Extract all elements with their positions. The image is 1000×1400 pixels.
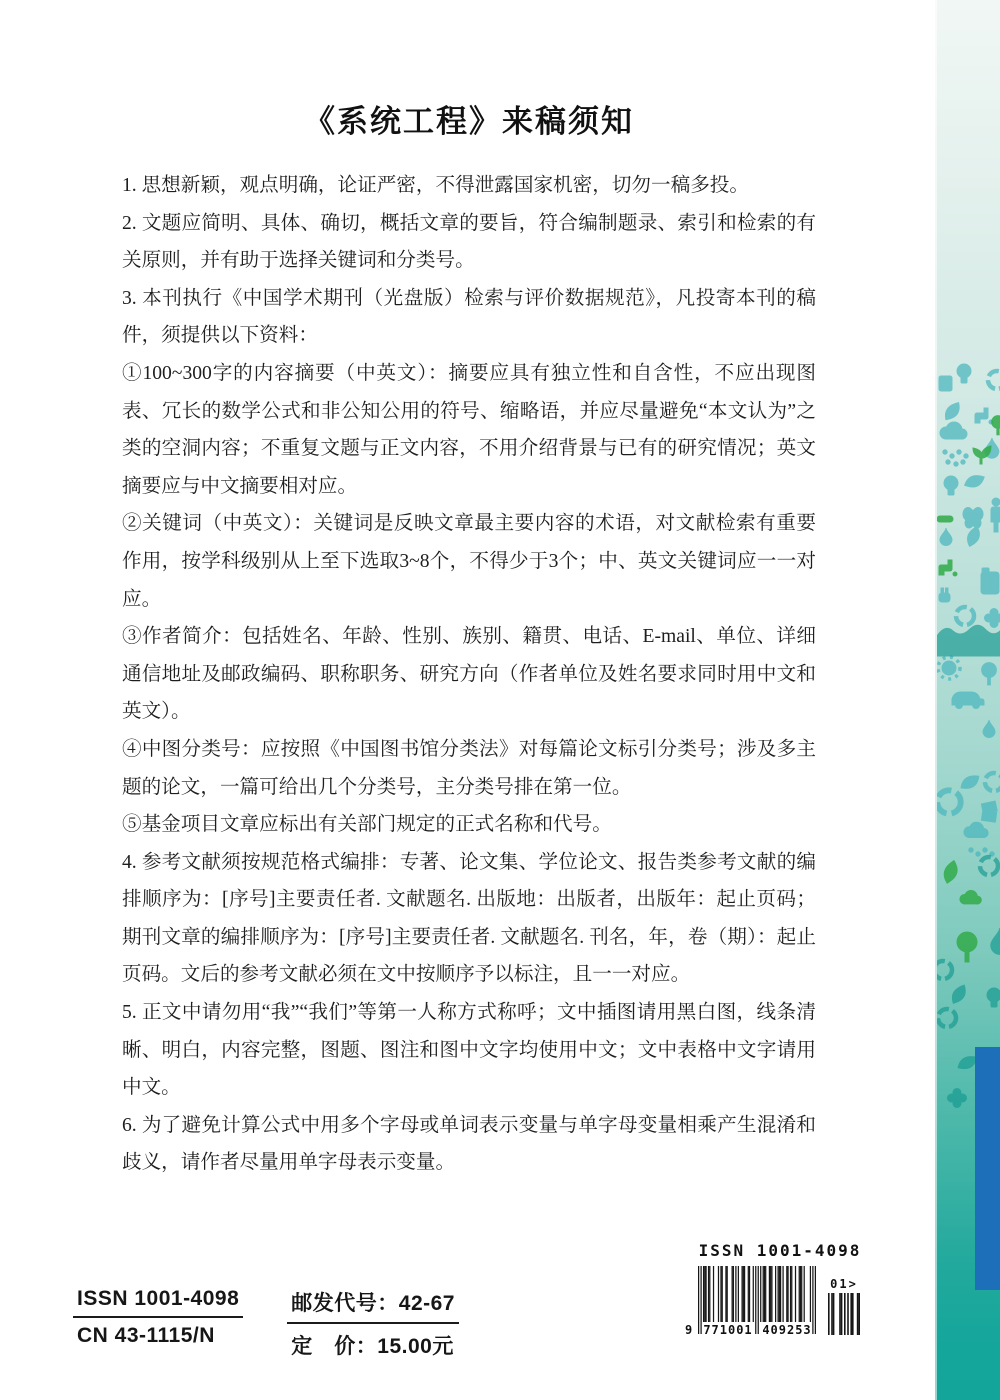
blue-accent-rectangle (975, 1047, 1000, 1290)
barcode-digits: 9 771001 409253 (698, 1323, 816, 1336)
notice-item-5: 5. 正文中请勿用“我”“我们”等第一人称方式称呼；文中插图请用黑白图，线条清晰… (122, 994, 816, 1107)
issn-number: ISSN 1001-4098 (73, 1287, 243, 1318)
barcode-digit-lead: 9 (685, 1323, 692, 1337)
footer-info: ISSN 1001-4098 CN 43-1115/N 邮发代号：42-67 定… (73, 1287, 459, 1360)
notice-item-1: 1. 思想新颖，观点明确，论证严密，不得泄露国家机密，切勿一稿多投。 (122, 167, 816, 205)
notice-body: 1. 思想新颖，观点明确，论证严密，不得泄露国家机密，切勿一稿多投。 2. 文题… (122, 167, 816, 1182)
price-label: 定 价：15.00元 (287, 1324, 459, 1360)
notice-item-6: 6. 为了避免计算公式中用多个字母或单词表示变量与单字母变量相乘产生混淆和歧义，… (122, 1107, 816, 1182)
green-icons (937, 416, 1000, 963)
notice-item-3b: ②关键词（中英文）：关键词是反映文章最主要内容的术语，对文献检索有重要作用，按学… (122, 505, 816, 618)
eco-icons-pattern (937, 350, 1000, 1160)
eco-side-strip (935, 0, 1000, 1400)
barcode-supplement: 01> (828, 1277, 860, 1335)
issn-cn-block: ISSN 1001-4098 CN 43-1115/N (73, 1287, 243, 1360)
barcode-supplement-svg (828, 1293, 860, 1335)
barcode-digit-group2: 409253 (762, 1323, 812, 1337)
barcode-supplement-label: 01> (828, 1277, 860, 1291)
barcode-block: ISSN 1001-4098 9 771001 409253 01> (698, 1241, 862, 1341)
page-title: 《系统工程》来稿须知 (122, 96, 816, 141)
notice-item-3c: ③作者简介：包括姓名、年龄、性别、族别、籍贯、电话、E-mail、单位、详细通信… (122, 618, 816, 731)
notice-item-4: 4. 参考文献须按规范格式编排：专著、论文集、学位论文、报告类参考文献的编排顺序… (122, 844, 816, 994)
cn-number: CN 43-1115/N (73, 1318, 243, 1348)
notice-item-2: 2. 文题应简明、具体、确切，概括文章的要旨，符合编制题录、索引和检索的有关原则… (122, 205, 816, 280)
journal-back-cover: 《系统工程》来稿须知 1. 思想新颖，观点明确，论证严密，不得泄露国家机密，切勿… (0, 0, 1000, 1400)
notice-item-3a: ①100~300字的内容摘要（中英文）：摘要应具有独立性和自含性，不应出现图表、… (122, 355, 816, 505)
notice-document: 《系统工程》来稿须知 1. 思想新颖，观点明确，论证严密，不得泄露国家机密，切勿… (122, 96, 816, 1182)
barcode-issn-label: ISSN 1001-4098 (698, 1241, 862, 1260)
notice-item-3e: ⑤基金项目文章应标出有关部门规定的正式名称和代号。 (122, 806, 816, 844)
notice-item-3: 3. 本刊执行《中国学术期刊（光盘版）检索与评价数据规范》，凡投寄本刊的稿件，须… (122, 280, 816, 355)
barcode-digit-group1: 771001 (703, 1323, 753, 1337)
teal-light-icons (937, 364, 1000, 856)
postal-price-block: 邮发代号：42-67 定 价：15.00元 (287, 1287, 459, 1360)
postal-code: 邮发代号：42-67 (287, 1287, 459, 1324)
notice-item-3d: ④中图分类号：应按照《中国图书馆分类法》对每篇论文标引分类号；涉及多主题的论文，… (122, 731, 816, 806)
